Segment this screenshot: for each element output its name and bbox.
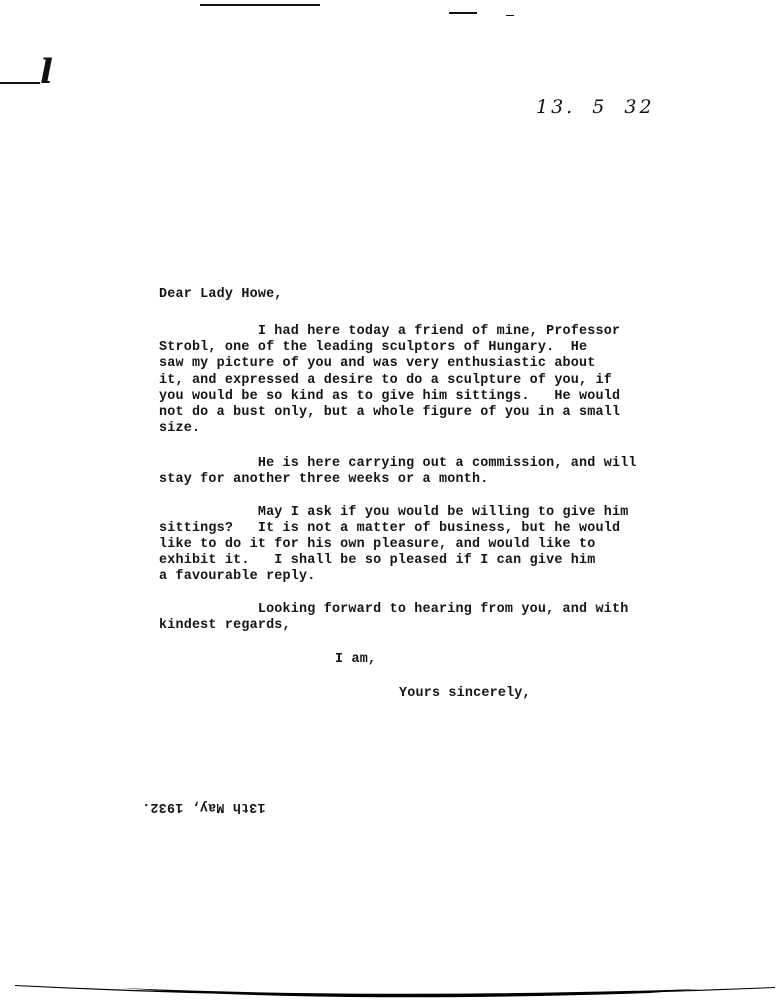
body-line: a favourable reply. (159, 569, 315, 585)
body-line: Looking forward to hearing from you, and… (159, 602, 628, 618)
body-line: it, and expressed a desire to do a sculp… (159, 373, 612, 389)
body-line: I had here today a friend of mine, Profe… (159, 324, 620, 340)
body-line: size. (159, 421, 200, 437)
dateline-inverted: 13th May, 1932. (142, 798, 266, 814)
closing-yours-sincerely: Yours sincerely, (399, 686, 531, 702)
body-line: kindest regards, (159, 618, 291, 634)
letter-page: l 13. 5 32 Dear Lady Howe, I had here to… (0, 0, 783, 1000)
body-line: May I ask if you would be willing to giv… (159, 505, 628, 521)
body-line: He is here carrying out a commission, an… (159, 456, 637, 472)
scan-mark-top-right (506, 15, 514, 16)
handwritten-date: 13. 5 32 (536, 96, 655, 118)
scan-mark-top-left (200, 4, 320, 6)
scan-edge-bottom (0, 975, 783, 1000)
body-line: like to do it for his own pleasure, and … (159, 537, 596, 553)
body-line: exhibit it. I shall be so pleased if I c… (159, 553, 596, 569)
body-line: not do a bust only, but a whole figure o… (159, 405, 620, 421)
scan-mark-left-line (0, 82, 40, 84)
body-line: sittings? It is not a matter of business… (159, 521, 620, 537)
handwritten-mark: l (40, 52, 53, 92)
salutation: Dear Lady Howe, (159, 287, 283, 303)
body-line: Strobl, one of the leading sculptors of … (159, 340, 587, 356)
body-line: saw my picture of you and was very enthu… (159, 356, 596, 372)
closing-i-am: I am, (335, 652, 376, 668)
scan-mark-top-center (449, 12, 477, 14)
body-line: you would be so kind as to give him sitt… (159, 389, 620, 405)
body-line: stay for another three weeks or a month. (159, 472, 488, 488)
